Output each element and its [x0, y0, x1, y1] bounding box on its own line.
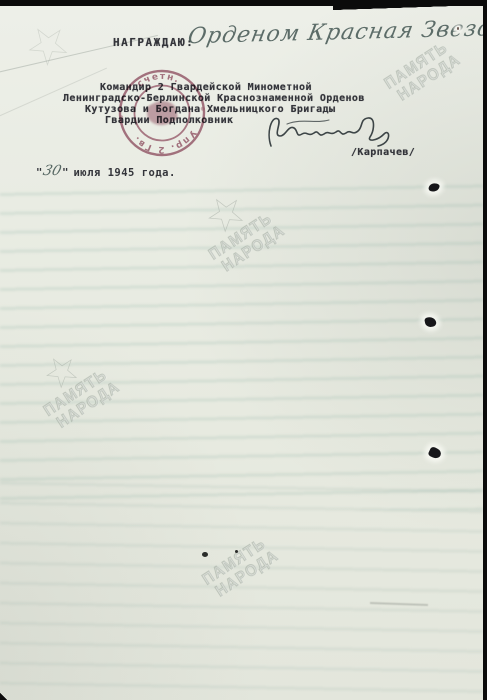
star-icon	[200, 188, 250, 238]
watermark-text: НАРОДА	[219, 222, 288, 275]
watermark-text: НАРОДА	[54, 378, 123, 431]
date-month-year: июля 1945 года.	[73, 167, 175, 179]
scan-edge	[333, 6, 483, 11]
watermark-text: ПАМЯТЬ	[41, 366, 111, 419]
watermark-text: ПАМЯТЬ	[206, 210, 276, 263]
scan-edge	[0, 688, 12, 700]
reverse-side-bleedthrough	[0, 476, 483, 700]
watermark: ПАМЯТЬ НАРОДА	[20, 336, 123, 436]
star-icon	[39, 349, 83, 393]
pencil-mark	[370, 602, 428, 606]
round-stamp: счетн. Упр. 2 Гв.	[102, 53, 223, 174]
award-handwritten-text: Орденом Красная Звезда	[186, 16, 483, 49]
watermark: ПАМЯТЬ НАРОДА	[183, 177, 288, 280]
watermark-text: ПАМЯТЬ	[382, 39, 452, 92]
document-page: ПАМЯТЬ НАРОДА ПАМЯТЬ НАРОДА ПАМЯТЬ НАРОД…	[0, 6, 483, 700]
stamp-emblem	[118, 97, 206, 130]
watermark	[20, 16, 76, 73]
hole-mark	[427, 446, 442, 460]
date-quote-close: "	[62, 167, 68, 179]
signature-typed-name: /Карпачев/	[351, 147, 415, 158]
watermark: ПАМЯТЬ НАРОДА	[197, 533, 281, 604]
hole-mark	[428, 182, 440, 194]
star-icon	[20, 16, 75, 71]
watermark-text: ПАМЯТЬ	[200, 535, 270, 588]
date-day-handwritten: 30	[42, 163, 64, 179]
watermark-text: НАРОДА	[395, 51, 464, 104]
reverse-side-bleedthrough	[0, 180, 483, 510]
hole-mark	[424, 316, 437, 328]
watermark-text: НАРОДА	[213, 547, 282, 600]
award-label: НАГРАЖДАЮ:	[113, 36, 194, 49]
date-line: " 30 " июля 1945 года.	[36, 164, 176, 180]
watermark: ПАМЯТЬ НАРОДА	[379, 37, 463, 108]
ink-speck	[202, 552, 208, 557]
ink-speck	[235, 550, 238, 553]
paper-blemish	[452, 23, 464, 35]
